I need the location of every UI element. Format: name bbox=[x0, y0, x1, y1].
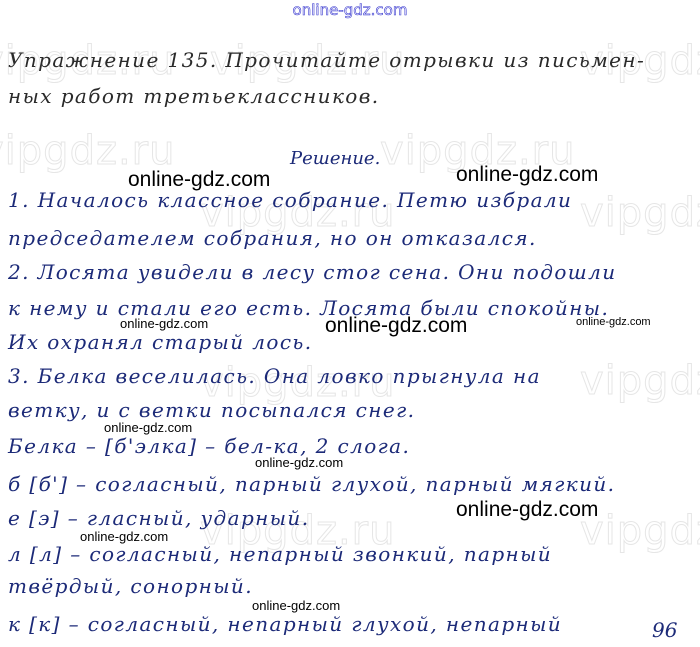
solution-line: ветку, и с ветки посыпался снег. bbox=[8, 398, 415, 422]
site-watermark: online-gdz.com bbox=[325, 314, 467, 338]
page-number: 96 bbox=[652, 618, 677, 642]
site-watermark: online-gdz.com bbox=[252, 598, 340, 613]
solution-line: к нему и стали его есть. Лосята были спо… bbox=[8, 296, 609, 320]
site-watermark: online-gdz.com bbox=[128, 168, 270, 192]
solution-line: Белка – [б'элка] – бел-ка, 2 слога. bbox=[8, 434, 410, 458]
solution-line: б [б'] – согласный, парный глухой, парны… bbox=[8, 472, 615, 496]
background-watermark: vipgdz.ru bbox=[580, 190, 700, 236]
site-watermark: online-gdz.com bbox=[576, 316, 651, 328]
top-watermark: online-gdz.com bbox=[0, 1, 700, 19]
site-watermark: online-gdz.com bbox=[456, 163, 598, 187]
site-watermark: online-gdz.com bbox=[456, 498, 598, 522]
background-watermark: vipgdz.ru bbox=[580, 358, 700, 404]
exercise-heading-line-1: Упражнение 135. Прочитайте отрывки из пи… bbox=[8, 48, 645, 72]
site-watermark: online-gdz.com bbox=[255, 455, 343, 470]
solution-line: 2. Лосята увидели в лесу стог сена. Они … bbox=[8, 260, 617, 284]
solution-line: 3. Белка веселилась. Она ловко прыгнула … bbox=[8, 364, 541, 388]
solution-line: л [л] – согласный, непарный звонкий, пар… bbox=[8, 542, 552, 566]
solution-line: председателем собрания, но он отказался. bbox=[8, 226, 537, 250]
site-watermark: online-gdz.com bbox=[120, 316, 208, 331]
exercise-heading-line-2: ных работ третьеклассников. bbox=[8, 84, 380, 108]
solution-line: к [к] – согласный, непарный глухой, непа… bbox=[8, 612, 562, 636]
site-watermark: online-gdz.com bbox=[104, 420, 192, 435]
site-watermark: online-gdz.com bbox=[80, 529, 168, 544]
solution-title: Решение. bbox=[290, 148, 380, 169]
solution-line: твёрдый, сонорный. bbox=[8, 574, 253, 598]
solution-line: 1. Началось классное собрание. Петю избр… bbox=[8, 188, 572, 212]
solution-line: е [э] – гласный, ударный. bbox=[8, 506, 309, 530]
solution-line: Их охранял старый лось. bbox=[8, 330, 312, 354]
